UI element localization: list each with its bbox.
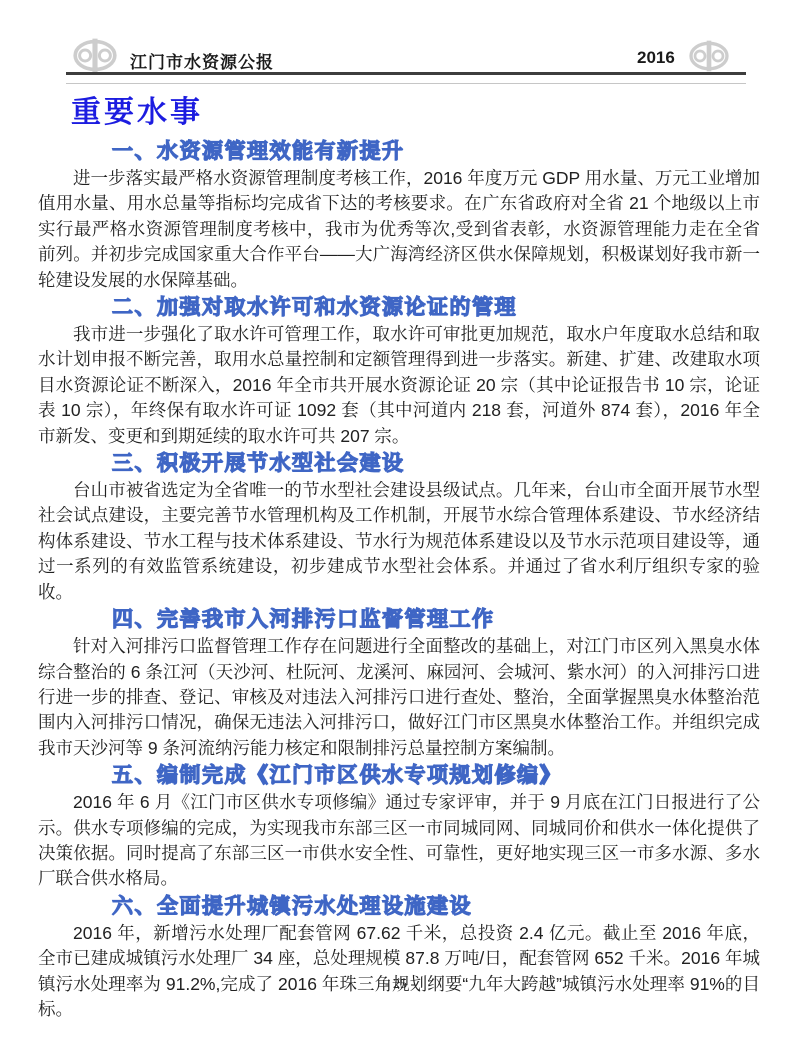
section-6-paragraph: 2016 年，新增污水处理厂配套管网 67.62 千米，总投资 2.4 亿元。截… bbox=[38, 921, 760, 1023]
document-content: 重要水事 一、水资源管理效能有新提升 进一步落实最严格水资源管理制度考核工作，2… bbox=[38, 93, 760, 1022]
section-1-paragraph: 进一步落实最严格水资源管理制度考核工作，2016 年度万元 GDP 用水量、万元… bbox=[38, 166, 760, 293]
section-3-paragraph: 台山市被省选定为全省唯一的节水型社会建设县级试点。几年来，台山市全面开展节水型社… bbox=[38, 478, 760, 605]
page-header: 江门市水资源公报 2016 bbox=[0, 0, 800, 92]
section-2-heading: 二、加强对取水许可和水资源论证的管理 bbox=[38, 294, 760, 321]
section-1-heading: 一、水资源管理效能有新提升 bbox=[38, 138, 760, 165]
section-4-paragraph: 针对入河排污口监督管理工作存在问题进行全面整改的基础上，对江门市区列入黑臭水体综… bbox=[38, 634, 760, 761]
header-bulletin-title: 江门市水资源公报 bbox=[130, 48, 274, 73]
section-5: 五、编制完成《江门市区供水专项规划修编》 2016 年 6 月《江门市区供水专项… bbox=[38, 762, 760, 892]
section-5-heading: 五、编制完成《江门市区供水专项规划修编》 bbox=[38, 762, 760, 789]
header-rule-thin bbox=[66, 83, 746, 84]
section-3-heading: 三、积极开展节水型社会建设 bbox=[38, 450, 760, 477]
section-2: 二、加强对取水许可和水资源论证的管理 我市进一步强化了取水许可管理工作，取水许可… bbox=[38, 294, 760, 449]
section-3: 三、积极开展节水型社会建设 台山市被省选定为全省唯一的节水型社会建设县级试点。几… bbox=[38, 450, 760, 605]
page-number: - 25 - bbox=[0, 977, 800, 993]
page-title: 重要水事 bbox=[71, 93, 760, 133]
section-5-paragraph: 2016 年 6 月《江门市区供水专项修编》通过专家评审，并于 9 月底在江门日… bbox=[38, 790, 760, 892]
section-2-paragraph: 我市进一步强化了取水许可管理工作，取水许可审批更加规范，取水户年度取水总结和取水… bbox=[38, 322, 760, 449]
section-4-heading: 四、完善我市入河排污口监督管理工作 bbox=[38, 606, 760, 633]
document-page: 江门市水资源公报 2016 重要水事 一、水资源管理效能有新提升 进一步落实最严… bbox=[0, 0, 800, 1054]
section-1: 一、水资源管理效能有新提升 进一步落实最严格水资源管理制度考核工作，2016 年… bbox=[38, 138, 760, 293]
header-year: 2016 bbox=[637, 48, 675, 68]
section-4: 四、完善我市入河排污口监督管理工作 针对入河排污口监督管理工作存在问题进行全面整… bbox=[38, 606, 760, 761]
section-6-heading: 六、全面提升城镇污水处理设施建设 bbox=[38, 893, 760, 920]
header-rule-thick bbox=[66, 72, 746, 75]
section-6: 六、全面提升城镇污水处理设施建设 2016 年，新增污水处理厂配套管网 67.6… bbox=[38, 893, 760, 1023]
